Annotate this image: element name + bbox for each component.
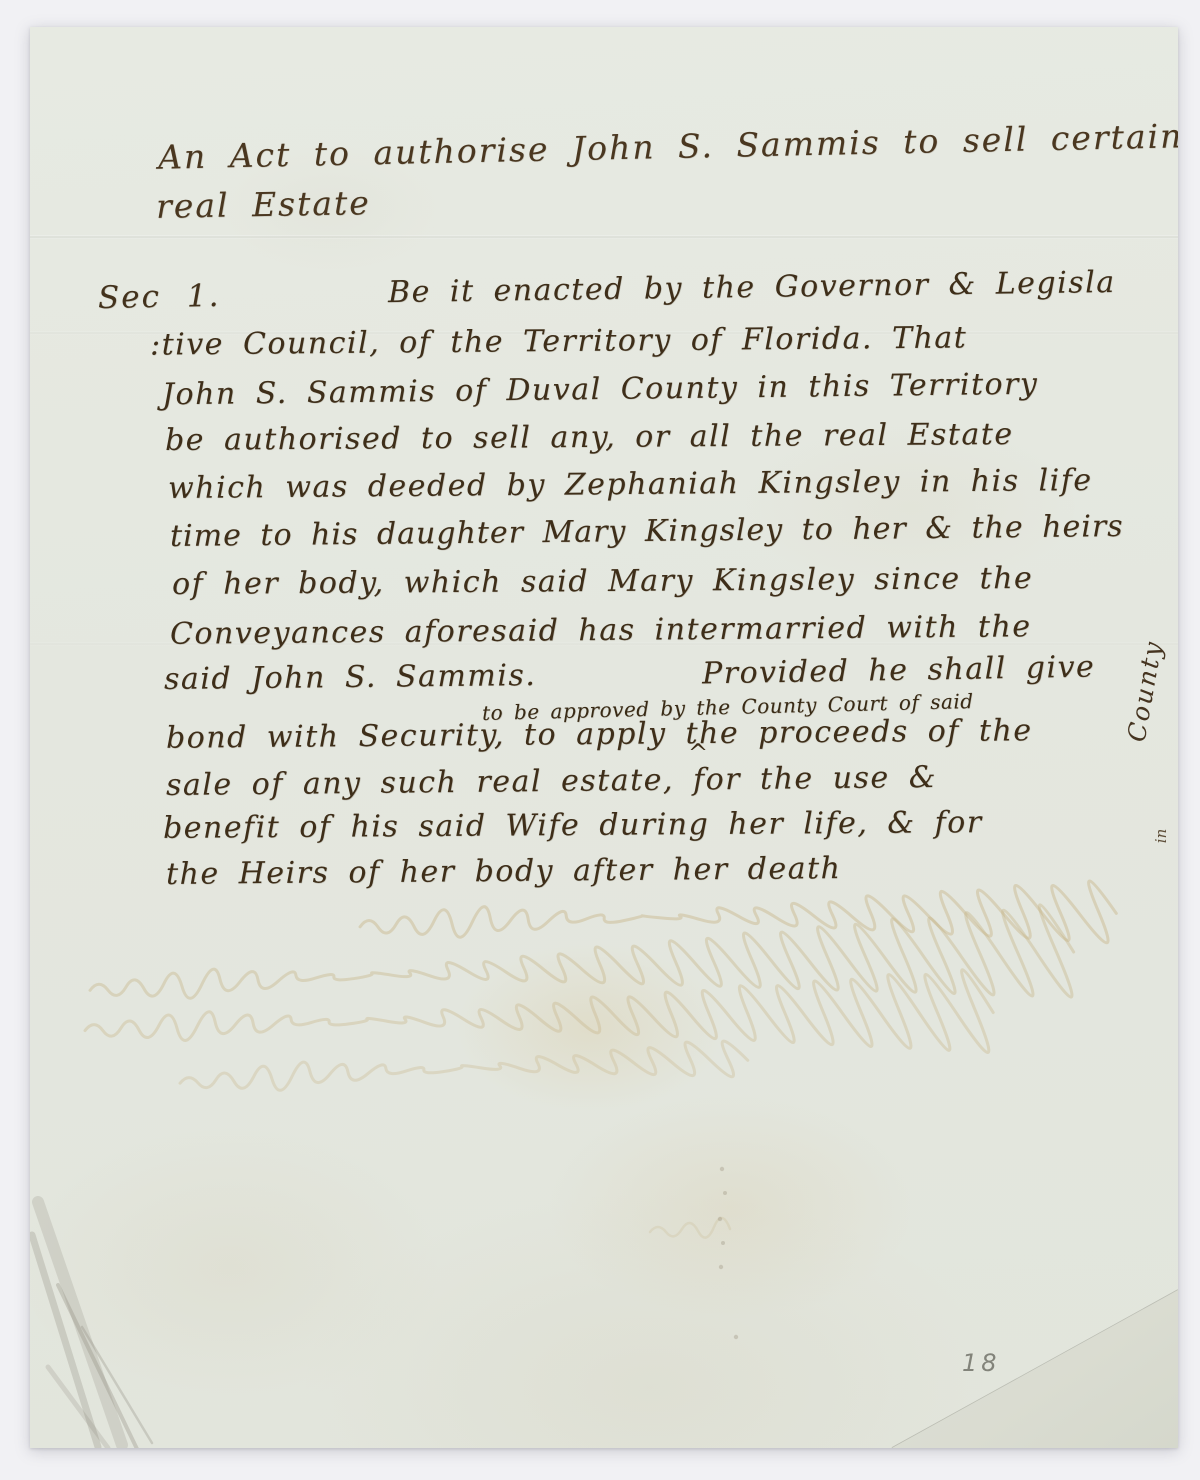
body-line: bond with Security, to apply the proceed… <box>166 713 1033 756</box>
page-number: 18 <box>962 1349 1001 1377</box>
document-title-line-2: real Estate <box>156 183 371 226</box>
edge-mark: in <box>1152 829 1170 843</box>
pencil-smudge <box>32 1202 152 1448</box>
ink-bleedthrough <box>85 871 1117 1238</box>
body-line: said John S. Sammis. <box>164 658 537 697</box>
body-line: the Heirs of her body after her death <box>166 851 842 892</box>
manuscript-page: An Act to authorise John S. Sammis to se… <box>30 27 1178 1448</box>
margin-note: County <box>1122 638 1168 744</box>
bottom-right-corner-fold <box>892 1290 1178 1448</box>
body-line: be authorised to sell any, or all the re… <box>165 417 1014 458</box>
body-line: of her body, which said Mary Kingsley si… <box>172 561 1033 602</box>
body-line: Be it enacted by the Governor & Legisla <box>388 265 1116 310</box>
scan-background: An Act to authorise John S. Sammis to se… <box>0 0 1200 1480</box>
insertion-caret: ^ <box>688 739 708 767</box>
body-line: which was deeded by Zephaniah Kingsley i… <box>168 463 1093 506</box>
section-label: Sec 1. <box>98 278 221 316</box>
document-title-line-1: An Act to authorise John S. Sammis to se… <box>158 116 1178 176</box>
body-line: time to his daughter Mary Kingsley to he… <box>170 509 1124 554</box>
horizontal-fold-crease <box>30 235 1178 239</box>
body-line: benefit of his said Wife during her life… <box>163 805 983 846</box>
body-line: :tive Council, of the Territory of Flori… <box>150 320 968 362</box>
body-line: sale of any such real estate, for the us… <box>166 760 937 803</box>
faint-marks <box>718 1167 738 1339</box>
body-line: John S. Sammis of Duval County in this T… <box>162 367 1039 413</box>
body-line-proviso: Provided he shall give <box>702 650 1096 692</box>
